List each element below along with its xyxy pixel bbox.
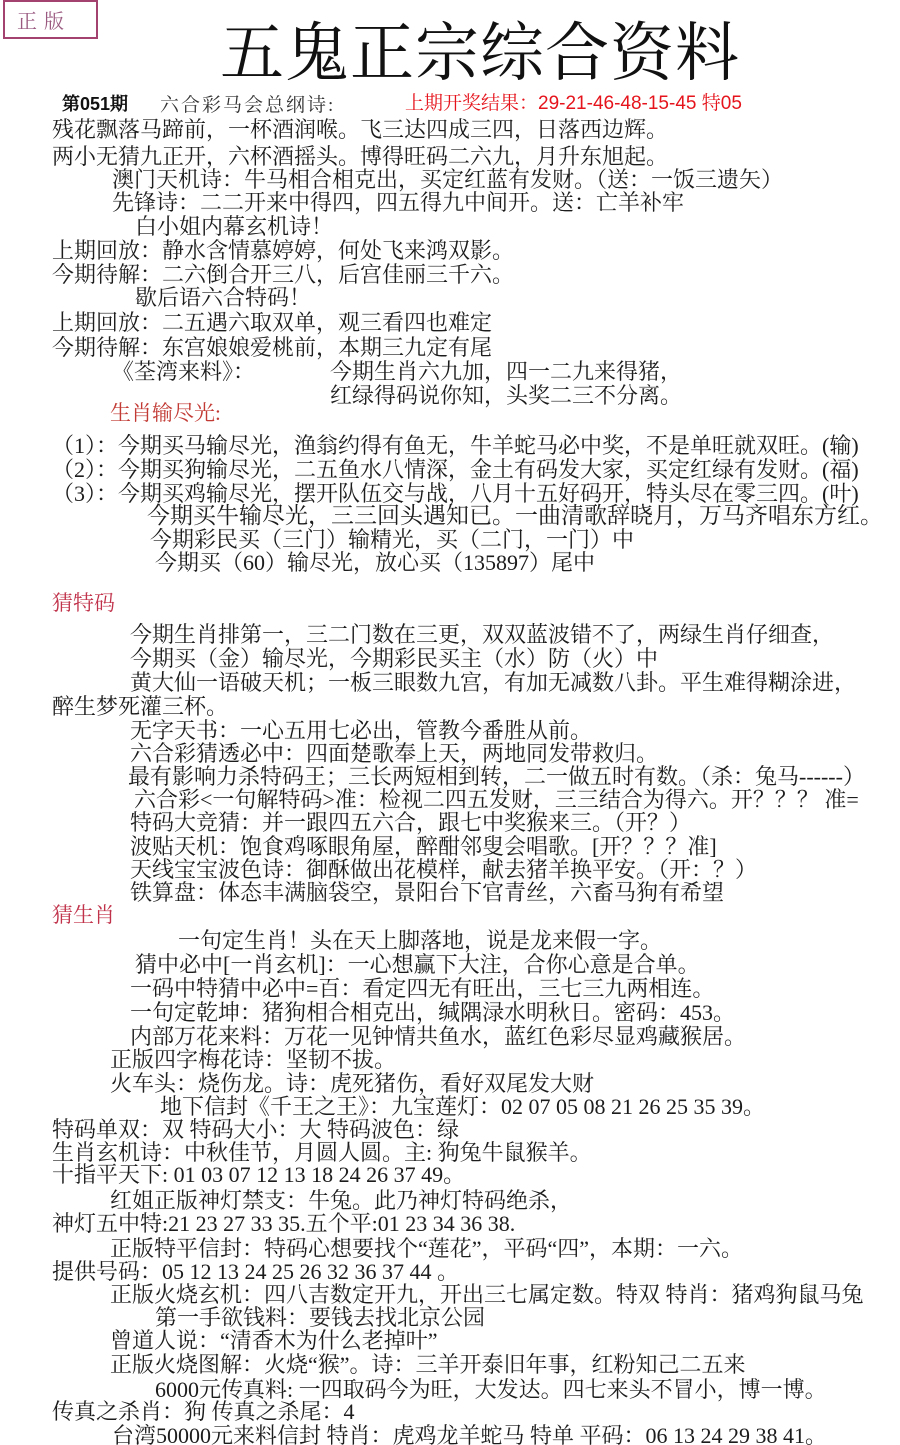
- zodiac-tip-line: 传真之杀肖：狗 传真之杀尾：4: [52, 1400, 355, 1424]
- poem-line: 两小无猜九正开，六杯酒摇头。博得旺码二六九，月升东旭起。: [52, 145, 668, 169]
- special-tip-line: 波贴天机：饱食鸡啄眼角屋，醉酣邻叟会唱歌。[开？？？准]: [130, 835, 717, 859]
- zodiac-lose-item: （2）：今期买狗输尽光，二五鱼水八情深，金土有码发大家，买定红绿有发财。(福): [52, 458, 859, 482]
- zodiac-tip-line: 第一手欲钱料：要钱去找北京公园: [155, 1306, 485, 1330]
- zodiac-tip-line: 火车头：烧伤龙。诗：虎死猪伤，看好双尾发大财: [110, 1072, 594, 1096]
- special-tip-line: 天线宝宝波色诗：御酥做出花模样，献去猪羊换平安。（开：？）: [130, 858, 757, 882]
- poem-subheading: 歇后语六合特码！: [135, 286, 311, 310]
- zodiac-tip-line: 正版特平信封：特码心想要找个“莲花”，平码“四”，本期：一六。: [110, 1237, 743, 1261]
- zodiac-tip-line: 猜中必中[一肖玄机]：一心想赢下大注，合你心意是合单。: [135, 953, 700, 977]
- special-tip-line: 铁算盘：体态丰满脑袋空，景阳台下官青丝，六畜马狗有希望: [130, 881, 724, 905]
- zodiac-tip-line: 神灯五中特:21 23 27 33 35.五个平:01 23 34 36 38.: [52, 1212, 515, 1236]
- zodiac-tip-line: 一码中特猜中必中=百：看定四无有旺出，三七三九两相连。: [130, 977, 714, 1001]
- poem-subheading: 白小姐内幕玄机诗！: [135, 215, 333, 239]
- special-tip-line: 六合彩猜透必中：四面楚歌奉上天，两地同发带救归。: [130, 742, 658, 766]
- special-tip-line: 黄大仙一语破天机；一板三眼数九宫，有加无减数八卦。平生难得糊涂进，: [130, 671, 856, 695]
- quanwan-label: 《荃湾来料》：: [112, 360, 255, 384]
- issue-number: 第051期: [62, 92, 128, 116]
- last-result-label: 上期开奖结果：: [405, 93, 538, 114]
- zodiac-lose-item: 今期买牛输尽光，三三回头遇知已。一曲清歌辞晓月，万马齐唱东方红。: [147, 504, 883, 528]
- page-title: 五鬼正宗综合资料: [220, 18, 740, 90]
- poem-line: 残花飘落马蹄前，一杯酒润喉。飞三达四成三四，日落西边辉。: [52, 118, 668, 142]
- zodiac-tip-line: 一句定生肖！头在天上脚落地，说是龙来假一字。: [178, 929, 662, 953]
- last-result-special: 特05: [696, 93, 741, 114]
- zodiac-tip-line: 地下信封《千王之王》：九宝莲灯：02 07 05 08 21 26 25 35 …: [160, 1095, 765, 1119]
- poem-line: 今期待解：东宫娘娘爱桃前，本期三九定有尾: [52, 336, 492, 360]
- zodiac-tip-line: 一句定乾坤：猪狗相合相克出，缄隅渌水明秋日。密码：453。: [130, 1001, 735, 1025]
- zodiac-tip-line: 红姐正版神灯禁支：牛兔。此乃神灯特码绝杀，: [110, 1189, 572, 1213]
- special-tip-line: 特码大竞猜：并一跟四五六合，跟七中奖猴来三。（开？）: [130, 811, 691, 835]
- zodiac-lose-item: 今期彩民买（三门）输精光，买（二门，一门）中: [150, 528, 634, 552]
- special-tip-line: 醉生梦死灌三杯。: [52, 695, 228, 719]
- special-tip-line: 今期买（金）输尽光，今期彩民买主（水）防（火）中: [130, 647, 658, 671]
- special-tip-line: 最有影响力杀特码王；三长两短相到转，二一做五时有数。（杀：兔马------）: [128, 765, 865, 789]
- poem-line: 澳门天机诗：牛马相合相克出，买定红蓝有发财。（送：一饭三遗矢）: [112, 168, 783, 192]
- special-tip-line: 无字天书：一心五用七必出，管教今番胜从前。: [130, 719, 592, 743]
- zodiac-tip-line: 提供号码：05 12 13 24 25 26 32 36 37 44 。: [52, 1260, 459, 1284]
- badge-label: 正版: [17, 5, 71, 34]
- section-heading-guess-special: 猜特码: [52, 591, 115, 615]
- last-result-numbers: 29-21-46-48-15-45: [538, 93, 696, 114]
- zodiac-tip-line: 正版火烧图解：火烧“猴”。诗：三羊开泰旧年事，红粉知己二五来: [110, 1353, 746, 1377]
- zodiac-tip-line: 正版火烧玄机：四八吉数定开九，开出三七属定数。特双 特肖：猪鸡狗鼠马兔: [110, 1283, 864, 1307]
- zodiac-tip-line: 台湾50000元来料信封 特肖：虎鸡龙羊蛇马 特单 平码：06 13 24 29…: [112, 1424, 827, 1445]
- zodiac-tip-line: 特码单双：双 特码大小：大 特码波色：绿: [52, 1118, 459, 1142]
- zodiac-tip-line: 曾道人说：“清香木为什么老掉叶”: [110, 1329, 438, 1353]
- last-draw-result: 上期开奖结果：29-21-46-48-15-45 特05: [405, 92, 742, 116]
- zodiac-lose-item: 今期买（60）输尽光，放心买（135897）尾中: [155, 551, 595, 575]
- poem-line: 上期回放：二五遇六取双单，观三看四也难定: [52, 311, 492, 335]
- poem-label: 六合彩马会总纲诗:: [160, 94, 335, 118]
- quanwan-line: 红绿得码说你知，头奖二三不分离。: [330, 384, 682, 408]
- zodiac-lose-item: （1）：今期买马输尽光，渔翁约得有鱼无，牛羊蛇马必中奖，不是单旺就双旺。(输): [52, 434, 859, 458]
- zodiac-tip-line: 十指平天下: 01 03 07 12 13 18 24 26 37 49。: [52, 1163, 465, 1187]
- authentic-badge: 正版: [3, 0, 98, 39]
- section-heading-guess-zodiac: 猜生肖: [52, 903, 115, 927]
- special-tip-line: 今期生肖排第一，三二门数在三更，双双蓝波错不了，两绿生肖仔细查，: [130, 623, 834, 647]
- poem-line: 上期回放：静水含情慕婷婷，何处飞来鸿双影。: [52, 239, 514, 263]
- zodiac-tip-line: 正版四字梅花诗：坚韧不拔。: [110, 1048, 396, 1072]
- section-heading-zodiac-lose: 生肖输尽光:: [110, 401, 221, 425]
- poem-line: 今期待解：二六倒合开三八，后宫佳丽三千六。: [52, 263, 514, 287]
- poem-line: 先锋诗：二二开来中得四，四五得九中间开。送：亡羊补牢: [112, 191, 684, 215]
- special-tip-line: 六合彩<一句解特码>准：检视二四五发财，三三结合为得六。开？？？ 准=: [134, 788, 859, 812]
- quanwan-line: 今期生肖六九加，四一二九来得猪，: [330, 360, 682, 384]
- zodiac-tip-line: 内部万花来料：万花一见钟情共鱼水，蓝红色彩尽显鸡藏猴居。: [130, 1025, 746, 1049]
